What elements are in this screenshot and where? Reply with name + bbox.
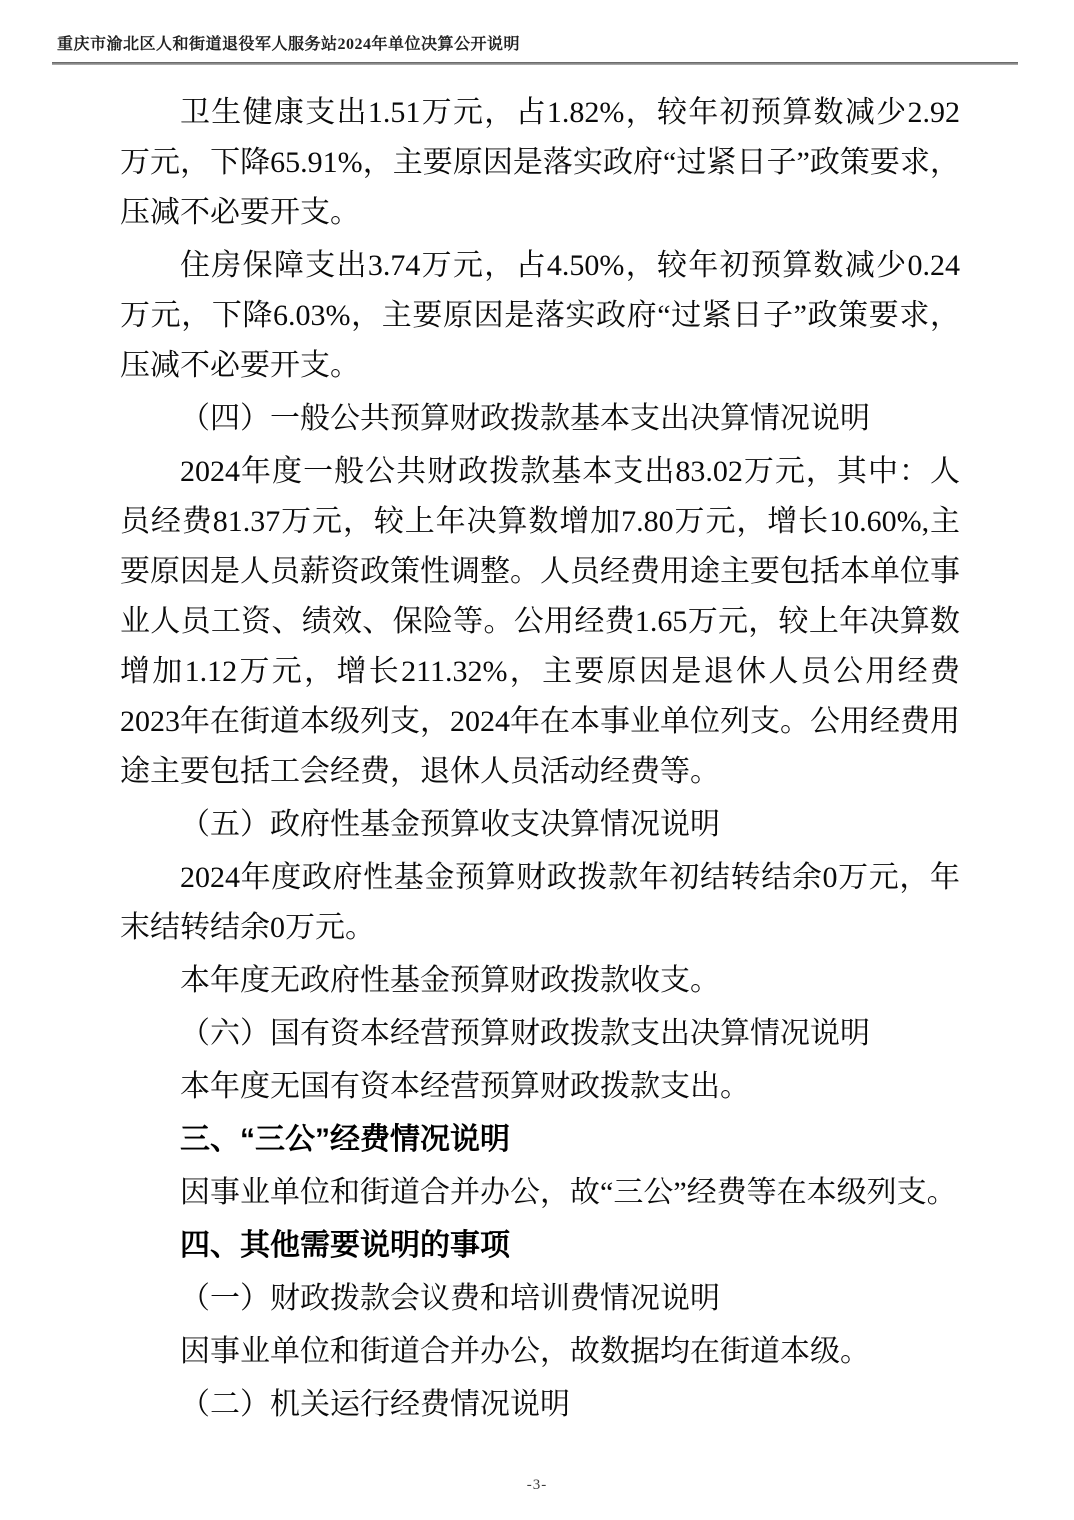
section-heading: 三、“三公”经费情况说明 <box>120 1115 960 1165</box>
sub-heading: （四）一般公共预算财政拨款基本支出决算情况说明 <box>120 394 960 444</box>
sub-heading: （一）财政拨款会议费和培训费情况说明 <box>120 1274 960 1324</box>
paragraph: 本年度无国有资本经营预算财政拨款支出。 <box>120 1062 960 1112</box>
sub-heading: （五）政府性基金预算收支决算情况说明 <box>120 800 960 850</box>
paragraph: 卫生健康支出1.51万元，占1.82%，较年初预算数减少2.92万元，下降65.… <box>120 88 960 238</box>
paragraph: 本年度无政府性基金预算财政拨款收支。 <box>120 956 960 1006</box>
document-header-title: 重庆市渝北区人和街道退役军人服务站2024年单位决算公开说明 <box>57 31 520 54</box>
paragraph: 因事业单位和街道合并办公，故“三公”经费等在本级列支。 <box>120 1168 960 1218</box>
paragraph: 2024年度一般公共财政拨款基本支出83.02万元，其中：人员经费81.37万元… <box>120 447 960 797</box>
document-body: 卫生健康支出1.51万元，占1.82%，较年初预算数减少2.92万元，下降65.… <box>120 88 960 1433</box>
section-heading: 四、其他需要说明的事项 <box>120 1221 960 1271</box>
paragraph: 因事业单位和街道合并办公，故数据均在街道本级。 <box>120 1327 960 1377</box>
document-page: 重庆市渝北区人和街道退役军人服务站2024年单位决算公开说明 卫生健康支出1.5… <box>0 0 1074 1520</box>
header-rule-divider <box>52 62 1018 65</box>
paragraph: 住房保障支出3.74万元，占4.50%，较年初预算数减少0.24万元，下降6.0… <box>120 241 960 391</box>
sub-heading: （六）国有资本经营预算财政拨款支出决算情况说明 <box>120 1009 960 1059</box>
page-number: -3- <box>0 1477 1074 1494</box>
paragraph: 2024年度政府性基金预算财政拨款年初结转结余0万元，年末结转结余0万元。 <box>120 853 960 953</box>
sub-heading: （二）机关运行经费情况说明 <box>120 1380 960 1430</box>
